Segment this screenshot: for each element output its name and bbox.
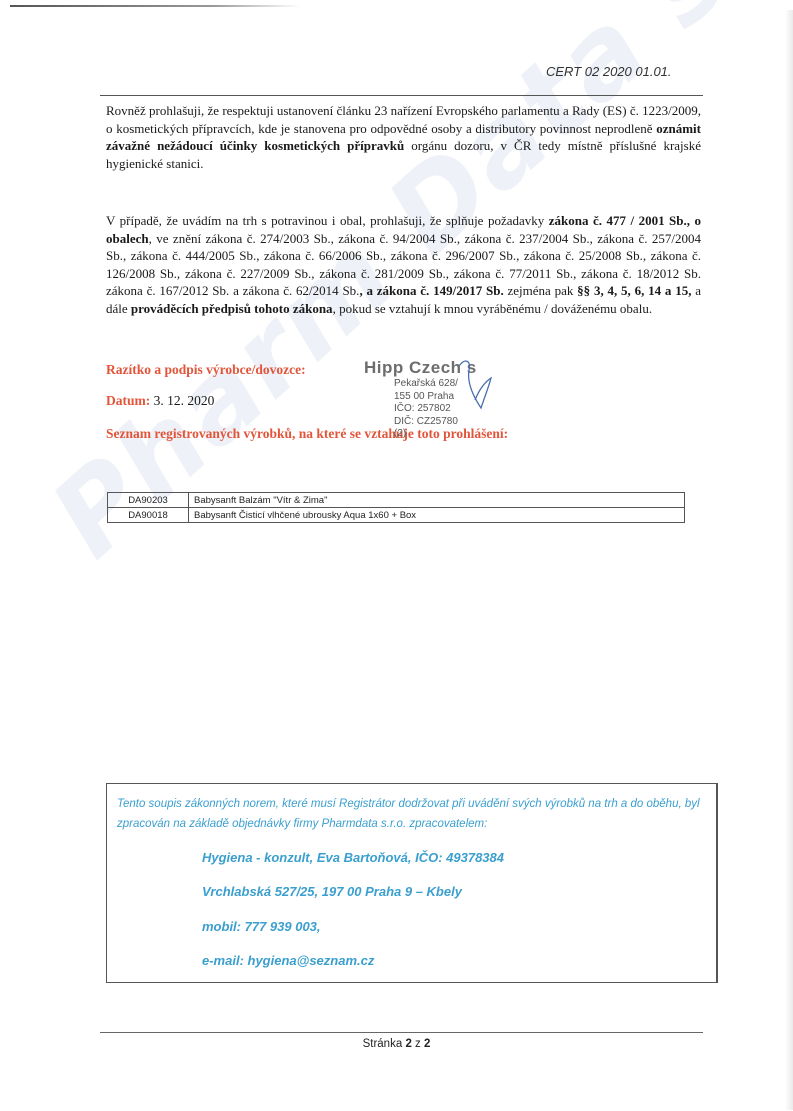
stamp-signature-label: Razítko a podpis výrobce/dovozce: [106, 362, 306, 378]
paragraph-packaging-declaration: V případě, že uvádím na trh s potravinou… [106, 212, 701, 318]
header-rule [100, 95, 703, 96]
note-phone: mobil: 777 939 003, [202, 919, 321, 934]
bold-text-run: §§ 3, 4, 5, 6, 14 a 15, [577, 283, 691, 298]
text-run: V případě, že uvádím na trh s potravinou… [106, 213, 549, 228]
page-number: Stránka 2 z 2 [0, 1038, 793, 1050]
document-code: CERT 02 2020 01.01. [546, 64, 672, 79]
text-run: Rovněž prohlašuji, že respektuji ustanov… [106, 103, 701, 136]
table-row: DA90018 Babysanft Čisticí vlhčené ubrous… [108, 508, 685, 523]
page-label: Stránka [363, 1038, 403, 1050]
note-company: Hygiena - konzult, Eva Bartoňová, IČO: 4… [202, 850, 504, 865]
page-total: 2 [424, 1038, 430, 1050]
page-separator: z [415, 1038, 421, 1050]
note-intro: Tento soupis zákonných norem, které musí… [117, 794, 713, 834]
products-table: DA90203 Babysanft Balzám "Vítr & Zima" D… [107, 492, 685, 523]
note-email: e-mail: hygiena@seznam.cz [202, 953, 374, 968]
note-address: Vrchlabská 527/25, 197 00 Praha 9 – Kbel… [202, 884, 462, 899]
text-run: , pokud se vztahují k mnou vyráběnému / … [333, 301, 653, 316]
date-row: Datum: 3. 12. 2020 [106, 393, 214, 409]
scan-edge-top [10, 5, 300, 7]
date-label: Datum: [106, 393, 150, 408]
product-code: DA90203 [108, 493, 189, 508]
stamp-extra: (2) [356, 428, 516, 441]
paragraph-cosmetics-declaration: Rovněž prohlašuji, že respektuji ustanov… [106, 102, 701, 172]
text-run: zejména pak [504, 283, 577, 298]
handwritten-signature-icon [455, 356, 495, 416]
scan-edge-right [785, 10, 793, 1110]
stamp-dic: DIČ: CZ25780 [356, 416, 516, 429]
bold-text-run: prováděcích předpisů tohoto zákona [131, 301, 333, 316]
product-code: DA90018 [108, 508, 189, 523]
footer-rule [100, 1032, 703, 1033]
date-value: 3. 12. 2020 [154, 393, 215, 408]
processor-note-box: Tento soupis zákonných norem, které musí… [106, 783, 718, 983]
bold-text-run: , a zákona č. 149/2017 Sb. [359, 283, 503, 298]
product-name: Babysanft Balzám "Vítr & Zima" [189, 493, 685, 508]
page-current: 2 [405, 1038, 411, 1050]
table-row: DA90203 Babysanft Balzám "Vítr & Zima" [108, 493, 685, 508]
product-name: Babysanft Čisticí vlhčené ubrousky Aqua … [189, 508, 685, 523]
